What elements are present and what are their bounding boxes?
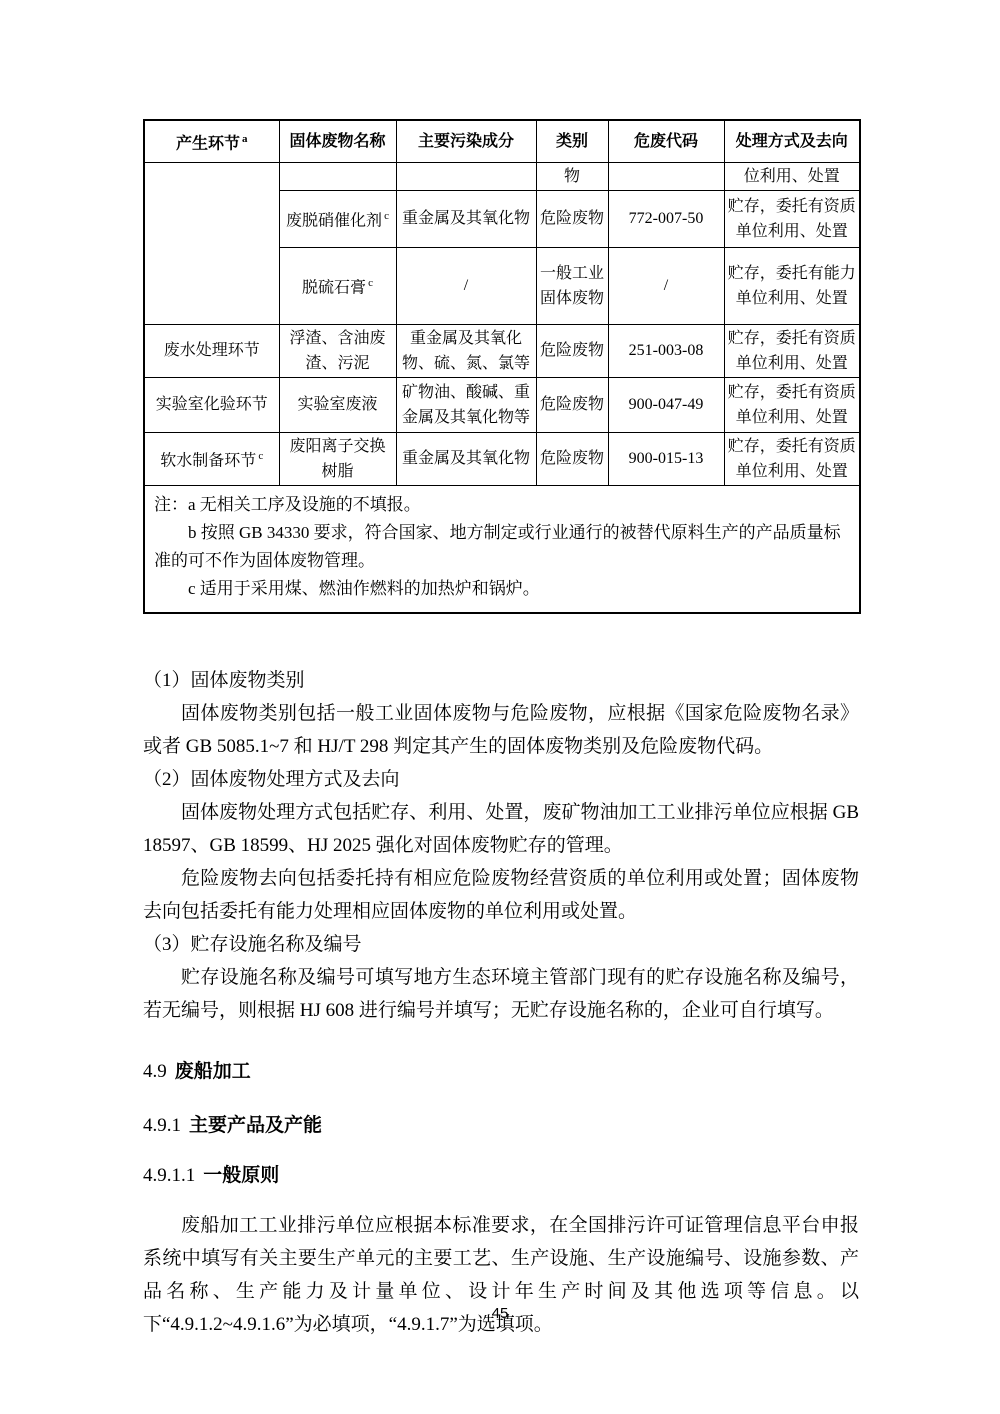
numbered-items-block: （1）固体废物类别 固体废物类别包括一般工业固体废物与危险废物，应根据《国家危险… [143,664,859,1027]
cell-disposal: 贮存，委托有资质单位利用、处置 [724,377,860,432]
heading-text: 废船加工 [175,1061,251,1082]
cell-name: 浮渣、含油废渣、污泥 [279,324,396,377]
cell-code-empty [608,162,724,190]
column-header-label: 产生环节 [176,135,240,152]
table-note-b: b 按照 GB 34330 要求，符合国家、地方制定或行业通行的被替代原料生产的… [154,519,850,575]
cell-category: 危险废物 [536,432,608,485]
cell-code: 772-007-50 [608,190,724,247]
cell-pollutant: 重金属及其氧化物 [396,190,536,247]
cell-code: 251-003-08 [608,324,724,377]
heading-text: 主要产品及产能 [189,1115,322,1136]
cell-pollutant-empty [396,162,536,190]
item-3-body: 贮存设施名称及编号可填写地方生态环境主管部门现有的贮存设施名称及编号，若无编号，… [143,961,859,1027]
superscript-note-a: a [242,133,248,145]
heading-number: 4.9 [143,1061,167,1082]
column-header-production-stage: 产生环节a [144,120,279,162]
cell-category-continued: 物 [536,162,608,190]
table-note-c: c 适用于采用煤、燃油作燃料的加热炉和锅炉。 [154,575,850,603]
cell-name: 废阳离子交换树脂 [279,432,396,485]
superscript-note-c: c [258,450,263,462]
cell-name: 实验室废液 [279,377,396,432]
column-header-disposal: 处理方式及去向 [724,120,860,162]
cell-disposal: 贮存，委托有资质单位利用、处置 [724,432,860,485]
solid-waste-table: 产生环节a 固体废物名称 主要污染成分 类别 危废代码 处理方式及去向 物 位利… [143,119,861,614]
cell-env: 废水处理环节 [144,324,279,377]
cell-env: 实验室化验环节 [144,377,279,432]
cell-env-merged-empty [144,162,279,324]
table-header-row: 产生环节a 固体废物名称 主要污染成分 类别 危废代码 处理方式及去向 [144,120,860,162]
heading-number: 4.9.1.1 [143,1165,195,1186]
table-row-soft-water: 软水制备环节c 废阳离子交换树脂 重金属及其氧化物 危险废物 900-015-1… [144,432,860,485]
superscript-note-c: c [368,277,373,289]
cell-disposal-continued: 位利用、处置 [724,162,860,190]
cell-pollutant: / [396,247,536,324]
cell-text: 脱硫石膏 [302,279,366,296]
cell-pollutant: 重金属及其氧化物 [396,432,536,485]
cell-category: 危险废物 [536,377,608,432]
page-number: 45 [0,1305,1000,1322]
cell-category: 危险废物 [536,324,608,377]
item-2-title: （2）固体废物处理方式及去向 [143,763,859,796]
column-header-waste-code: 危废代码 [608,120,724,162]
item-1-body: 固体废物类别包括一般工业固体废物与危险废物，应根据《国家危险废物名录》或者 GB… [143,697,859,763]
cell-code: / [608,247,724,324]
cell-category: 危险废物 [536,190,608,247]
cell-disposal: 贮存，委托有能力单位利用、处置 [724,247,860,324]
table-row-laboratory: 实验室化验环节 实验室废液 矿物油、酸碱、重金属及其氧化物等 危险废物 900-… [144,377,860,432]
cell-pollutant: 重金属及其氧化物、硫、氮、氯等 [396,324,536,377]
item-3-title: （3）贮存设施名称及编号 [143,928,859,961]
cell-name-catalyst: 废脱硝催化剂c [279,190,396,247]
cell-name-empty [279,162,396,190]
column-header-waste-name: 固体废物名称 [279,120,396,162]
cell-disposal: 贮存，委托有资质单位利用、处置 [724,190,860,247]
table-notes: 注：a 无相关工序及设施的不填报。 b 按照 GB 34330 要求，符合国家、… [144,485,860,613]
section-heading-4-9-1-1: 4.9.1.1一般原则 [143,1163,859,1189]
section-heading-4-9-1: 4.9.1主要产品及产能 [143,1113,859,1139]
heading-text: 一般原则 [203,1165,279,1186]
table-note-a: 注：a 无相关工序及设施的不填报。 [154,491,850,519]
cell-code: 900-047-49 [608,377,724,432]
item-1-title: （1）固体废物类别 [143,664,859,697]
table-notes-row: 注：a 无相关工序及设施的不填报。 b 按照 GB 34330 要求，符合国家、… [144,485,860,613]
document-page-content: 产生环节a 固体废物名称 主要污染成分 类别 危废代码 处理方式及去向 物 位利… [143,119,859,1341]
table-row-wastewater-treatment: 废水处理环节 浮渣、含油废渣、污泥 重金属及其氧化物、硫、氮、氯等 危险废物 2… [144,324,860,377]
cell-pollutant: 矿物油、酸碱、重金属及其氧化物等 [396,377,536,432]
cell-text: 软水制备环节 [160,452,256,469]
column-header-category: 类别 [536,120,608,162]
cell-category: 一般工业固体废物 [536,247,608,324]
column-header-pollutant: 主要污染成分 [396,120,536,162]
section-heading-4-9: 4.9废船加工 [143,1059,859,1085]
superscript-note-c: c [384,210,389,222]
heading-number: 4.9.1 [143,1115,181,1136]
cell-text: 废脱硝催化剂 [286,212,382,229]
item-2-body-1: 固体废物处理方式包括贮存、利用、处置，废矿物油加工工业排污单位应根据 GB 18… [143,796,859,862]
cell-env-soft-water: 软水制备环节c [144,432,279,485]
table-row-continued-1: 物 位利用、处置 [144,162,860,190]
item-2-body-2: 危险废物去向包括委托持有相应危险废物经营资质的单位利用或处置；固体废物去向包括委… [143,862,859,928]
cell-disposal: 贮存，委托有资质单位利用、处置 [724,324,860,377]
cell-name-gypsum: 脱硫石膏c [279,247,396,324]
cell-code: 900-015-13 [608,432,724,485]
